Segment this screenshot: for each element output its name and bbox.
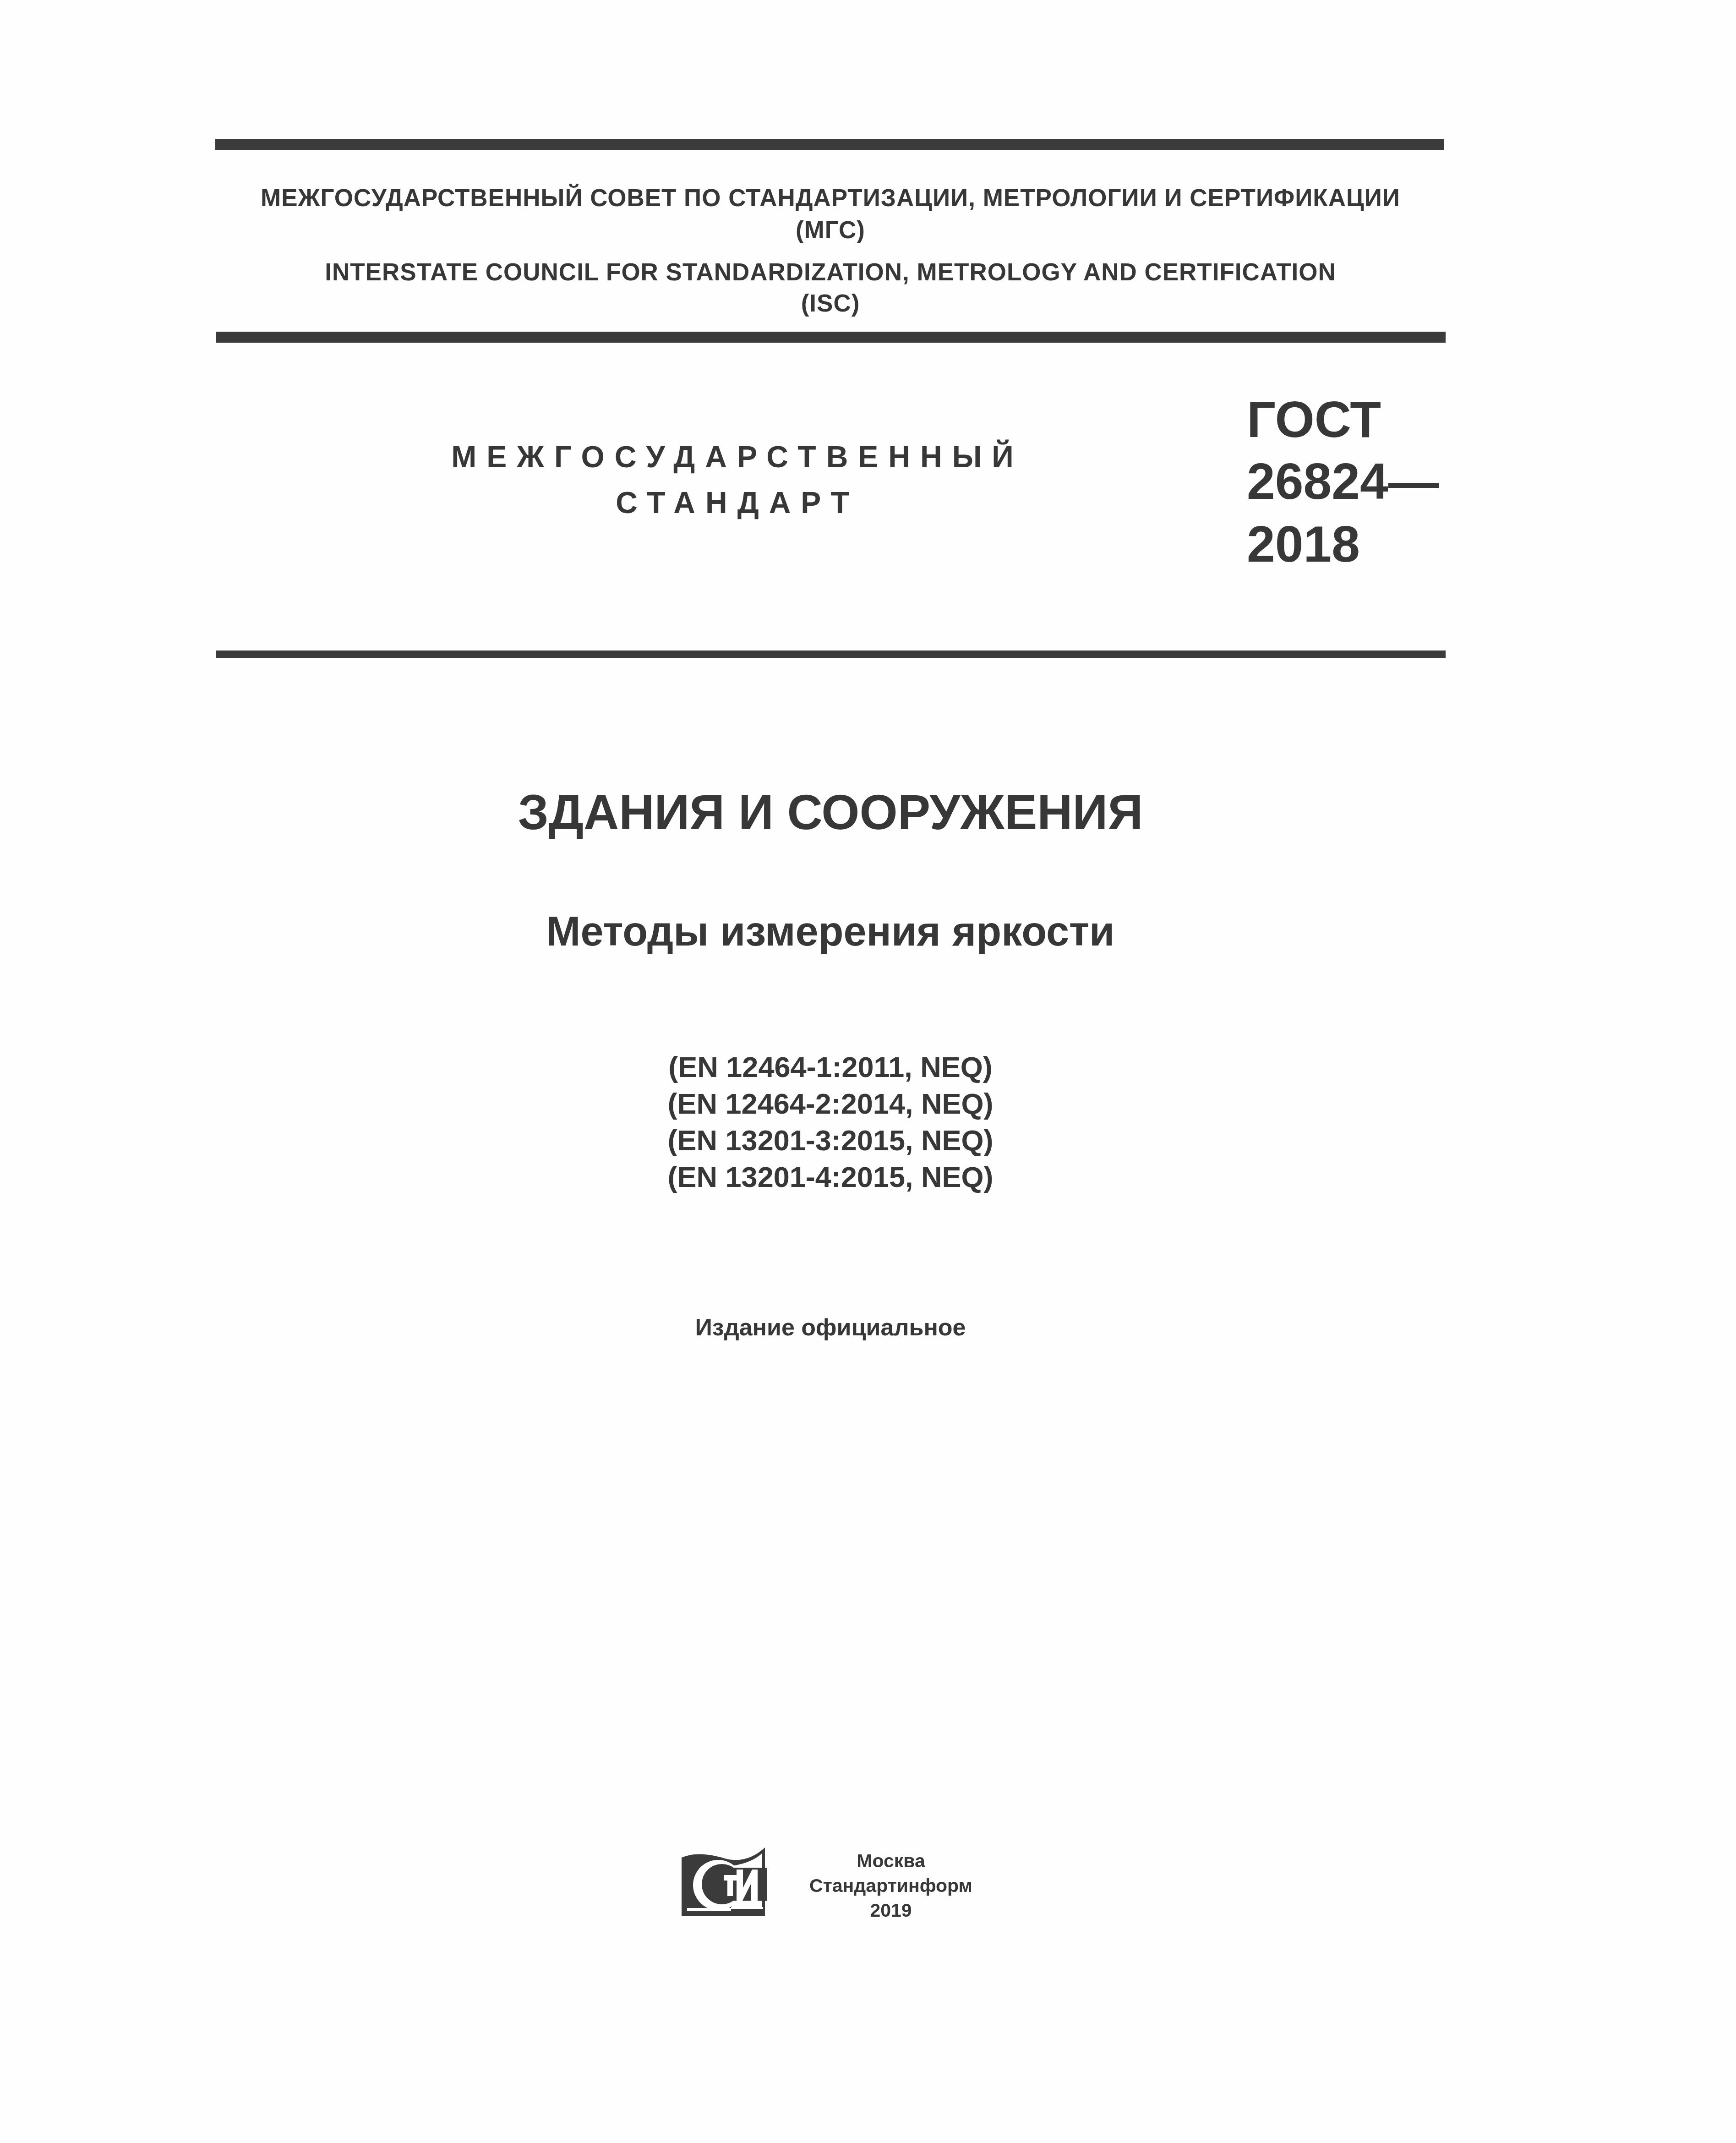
council-name-ru: МЕЖГОСУДАРСТВЕННЫЙ СОВЕТ ПО СТАНДАРТИЗАЦ… [215,186,1446,210]
top-rule [215,139,1444,150]
reference-standard: (EN 13201-3:2015, NEQ) [215,1122,1446,1159]
header-divider-rule [216,332,1446,343]
council-abbr-ru: (МГС) [215,218,1446,242]
council-name-en: INTERSTATE COUNCIL FOR STANDARDIZATION, … [215,260,1446,284]
publisher-block: Москва Стандартинформ 2019 [792,1848,989,1923]
designation-number: 26824— [1247,456,1439,507]
reference-standard: (EN 12464-1:2011, NEQ) [215,1049,1446,1086]
standard-type-line2: СТАНДАРТ [412,487,1063,518]
document-title: ЗДАНИЯ И СООРУЖЕНИЯ [215,788,1446,837]
designation-year: 2018 [1247,519,1360,570]
standartinform-logo-icon [682,1848,767,1916]
reference-standards-list: (EN 12464-1:2011, NEQ) (EN 12464-2:2014,… [215,1049,1446,1196]
publisher-city: Москва [792,1848,989,1873]
reference-standard: (EN 12464-2:2014, NEQ) [215,1086,1446,1122]
document-subtitle: Методы измерения яркости [215,911,1446,952]
designation-prefix: ГОСТ [1247,394,1381,445]
standard-type-line1: МЕЖГОСУДАРСТВЕННЫЙ [412,442,1063,472]
publisher-name: Стандартинформ [792,1873,989,1898]
reference-standard: (EN 13201-4:2015, NEQ) [215,1159,1446,1196]
document-cover-page: МЕЖГОСУДАРСТВЕННЫЙ СОВЕТ ПО СТАНДАРТИЗАЦ… [0,0,1736,2143]
council-abbr-en: (ISC) [215,291,1446,316]
publication-year: 2019 [792,1898,989,1923]
designation-divider-rule [216,651,1446,658]
edition-label: Издание официальное [215,1316,1446,1339]
